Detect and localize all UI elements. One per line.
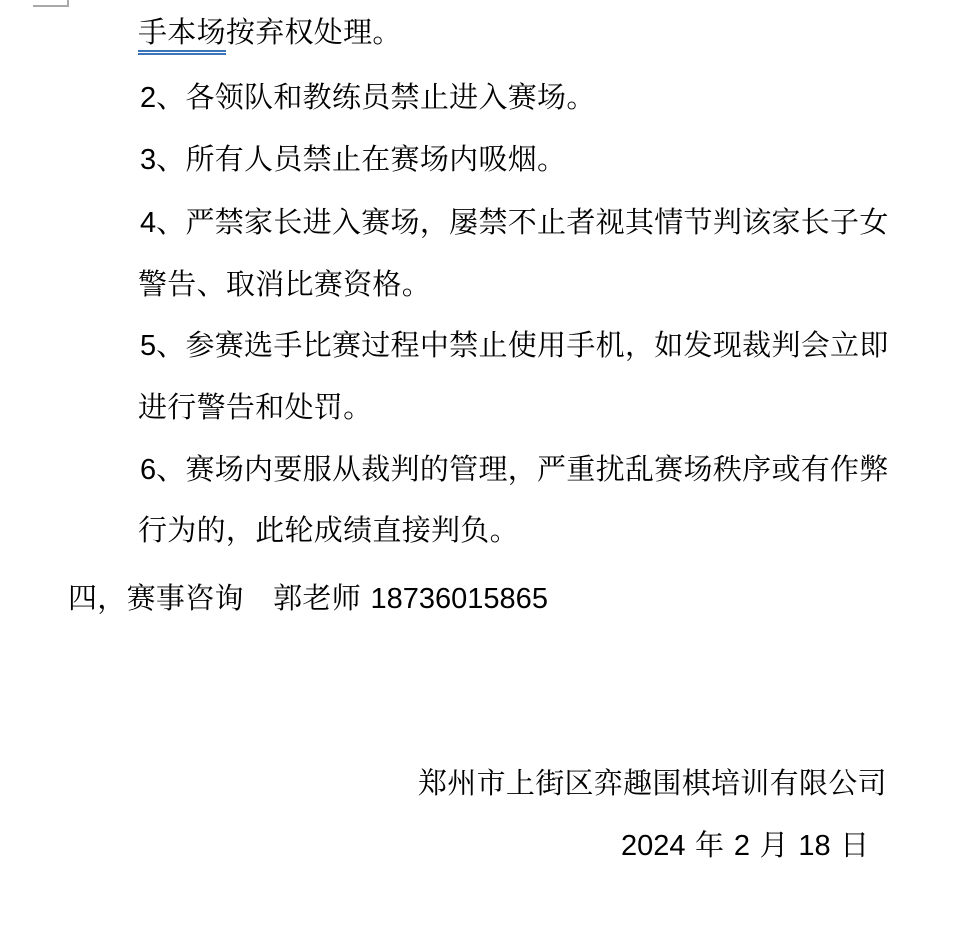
rule-5-line-segment-1: 、参赛选手比赛过程中禁止使用手机，如发现裁判会立即 xyxy=(156,328,889,362)
rule-3-line-segment-1: 、所有人员禁止在赛场内吸烟。 xyxy=(156,142,566,176)
rule-6-line-segment-1: 、赛场内要服从裁判的管理，严重扰乱赛场秩序或有作弊 xyxy=(156,452,889,486)
rule-3-line-segment-0: 3 xyxy=(140,144,156,176)
rule-2-line-segment-1: 、各领队和教练员禁止进入赛场。 xyxy=(156,80,596,114)
signature-company-line-segment-0: 郑州市上街区弈趣围棋培训有限公司 xyxy=(418,766,887,800)
rule-1-continuation-line: 手本场按弃权处理。 xyxy=(138,17,402,48)
rule-5-continuation-line: 进行警告和处罚。 xyxy=(138,392,372,423)
rule-4-line-segment-0: 4 xyxy=(140,207,156,239)
rule-5-continuation-line-segment-0: 进行警告和处罚。 xyxy=(138,390,372,424)
signature-date-line-segment-0: 2024 xyxy=(621,830,686,862)
document-page: 手本场按弃权处理。2、各领队和教练员禁止进入赛场。3、所有人员禁止在赛场内吸烟。… xyxy=(0,0,958,937)
rule-4-continuation-line: 警告、取消比赛资格。 xyxy=(138,269,431,300)
rule-1-continuation-line-segment-0: 手本场 xyxy=(138,15,226,55)
section-4-contact-line-segment-0: 四，赛事咨询 郭老师 xyxy=(68,581,371,615)
rule-6-continuation-line-segment-0: 行为的，此轮成绩直接判负。 xyxy=(138,513,519,547)
rule-4-line: 4、严禁家长进入赛场，屡禁不止者视其情节判该家长子女 xyxy=(140,207,889,239)
section-4-contact-line: 四，赛事咨询 郭老师 18736015865 xyxy=(68,583,548,615)
rule-4-line-segment-1: 、严禁家长进入赛场，屡禁不止者视其情节判该家长子女 xyxy=(156,205,889,239)
cropped-box-corner-mark xyxy=(33,0,69,7)
signature-date-line-segment-1: 年 xyxy=(686,828,734,862)
signature-date-line-segment-4: 18 xyxy=(798,830,830,862)
section-4-contact-line-segment-1: 18736015865 xyxy=(371,583,548,615)
signature-date-line-segment-5: 日 xyxy=(831,828,870,862)
rule-1-continuation-line-segment-1: 按弃权处理。 xyxy=(226,15,402,49)
signature-date-line: 2024 年 2 月 18 日 xyxy=(621,830,869,862)
signature-date-line-segment-2: 2 xyxy=(734,830,750,862)
rule-5-line-segment-0: 5 xyxy=(140,330,156,362)
signature-date-line-segment-3: 月 xyxy=(750,828,798,862)
signature-company-line: 郑州市上街区弈趣围棋培训有限公司 xyxy=(418,768,887,799)
rule-6-line-segment-0: 6 xyxy=(140,454,156,486)
rule-5-line: 5、参赛选手比赛过程中禁止使用手机，如发现裁判会立即 xyxy=(140,330,889,362)
rule-4-continuation-line-segment-0: 警告、取消比赛资格。 xyxy=(138,267,431,301)
rule-6-line: 6、赛场内要服从裁判的管理，严重扰乱赛场秩序或有作弊 xyxy=(140,454,889,486)
rule-2-line: 2、各领队和教练员禁止进入赛场。 xyxy=(140,82,596,114)
rule-2-line-segment-0: 2 xyxy=(140,82,156,114)
rule-6-continuation-line: 行为的，此轮成绩直接判负。 xyxy=(138,515,519,546)
rule-3-line: 3、所有人员禁止在赛场内吸烟。 xyxy=(140,144,566,176)
